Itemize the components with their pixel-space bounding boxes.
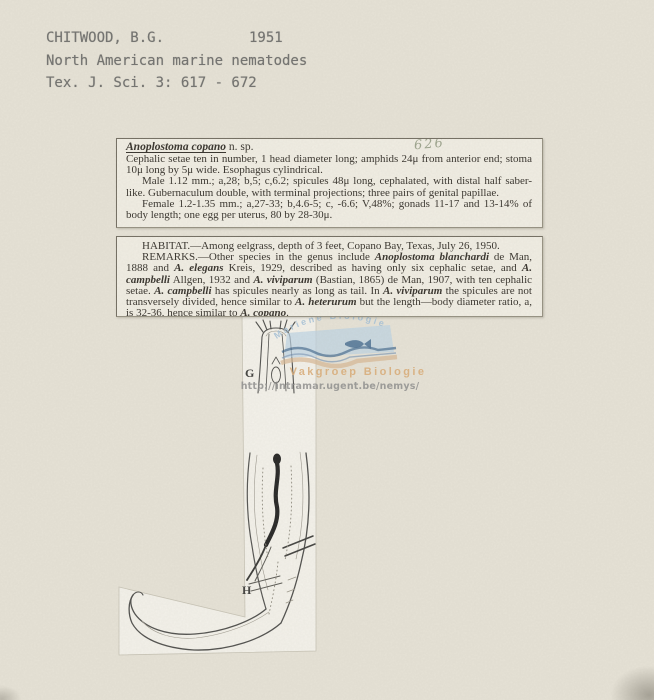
figure-label-h: H [242,583,252,597]
watermark-url-text: http://intramar.ugent.be/nemys/ [241,381,420,392]
figure-paper-sheet [119,313,316,655]
remarks-paragraph: REMARKS.—Other species in the genus incl… [126,252,532,317]
header-title: North American marine nematodes [46,53,307,69]
handwritten-catalog-number: 626 [414,138,446,152]
header-author-year-line: CHITWOOD, B.G. 1951 [46,27,307,50]
header-year: 1951 [249,27,283,50]
header-author: CHITWOOD, B.G. [46,30,164,46]
typewritten-header: CHITWOOD, B.G. 1951 North American marin… [46,27,307,95]
description-clipping: Anoplostoma copano n. sp. 626 Cephalic s… [116,138,543,228]
habitat-remarks-clipping: HABITAT.—Among eelgrass, depth of 3 feet… [116,236,543,317]
watermark-group-text: Vakgroep Biologie [290,366,427,378]
description-paragraph-female: Female 1.2-1.35 mm.; a,27-33; b,4.6-5; c… [126,199,532,221]
description-paragraph-cephalic: Cephalic setae ten in number, 1 head dia… [126,154,532,176]
figure-label-g: G [245,366,254,380]
nematode-figure: G H [0,0,654,700]
scanned-index-card: G H [0,0,654,700]
species-title-suffix: n. sp. [226,141,253,153]
header-citation-line: Tex. J. Sci. 3: 617 - 672 [46,72,307,95]
description-paragraph-male: Male 1.12 mm.; a,28; b,5; c,6.2; spicule… [126,176,532,198]
header-title-line: North American marine nematodes [46,50,307,73]
header-citation: Tex. J. Sci. 3: 617 - 672 [46,75,257,91]
species-name: Anoplostoma copano [126,141,226,153]
